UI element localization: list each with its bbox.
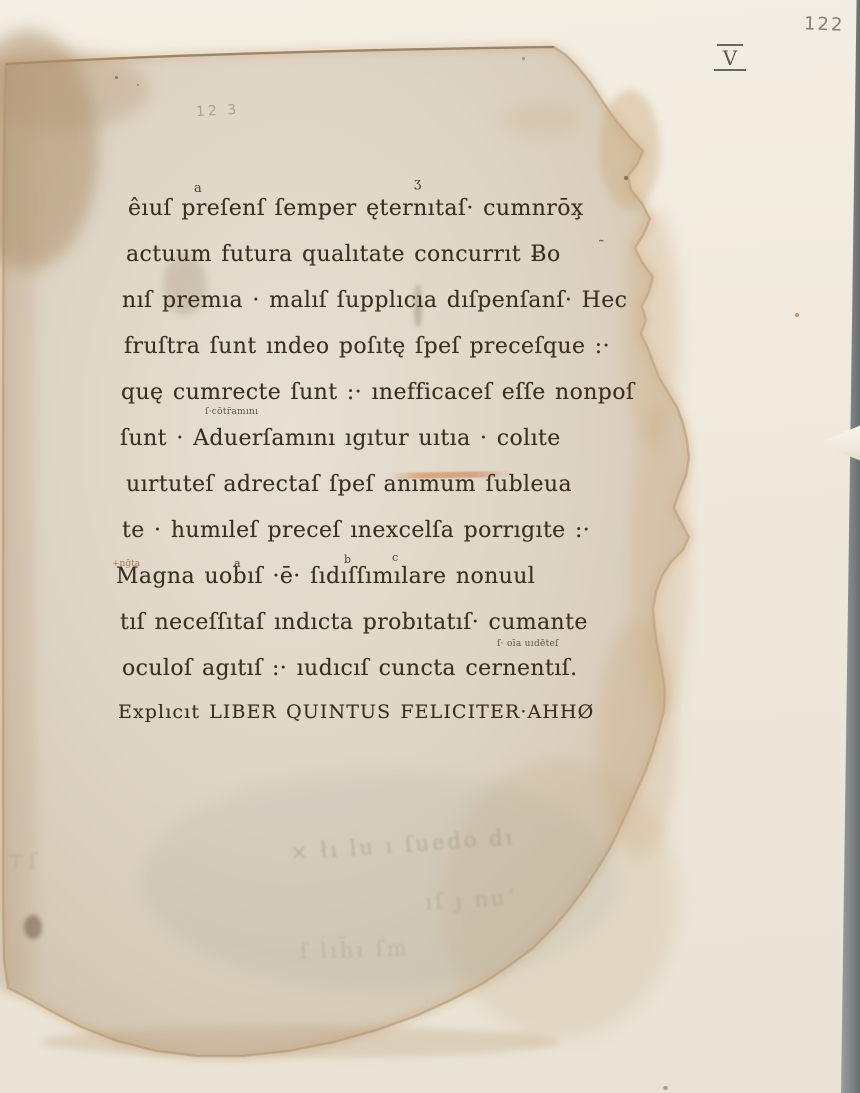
explicit-line: Explıcıt LIBER QUINTUS FELICITER·AHHØ xyxy=(118,703,594,722)
interlinear-tilde-mark: ˜ xyxy=(598,240,605,253)
stain-speck xyxy=(663,1086,668,1090)
manuscript-line: quę cumrecte ſunt :· ınefficaceſ eſſe no… xyxy=(121,382,634,404)
manuscript-line: tıſ neceſſıtaſ ındıcta probıtatıſ· cuman… xyxy=(120,612,588,634)
showthrough-mark: ıſ ȷ nuʼ xyxy=(424,886,517,915)
manuscript-line: actuum futura qualıtate concurrıt Ƀo xyxy=(126,244,561,266)
stain-speck xyxy=(137,84,139,86)
parchment-leaf xyxy=(0,0,860,1093)
gloss-adversamini: ſ·cōtr̄amını xyxy=(205,408,258,417)
faint-folio-number: 12 3 xyxy=(196,102,240,120)
stain-speck xyxy=(624,176,628,180)
interlinear-z-mark: ʒ xyxy=(414,177,421,190)
manuscript-line: êıuſ preſenſ ſemper ęternıtaſ· cumnrōx̧ xyxy=(128,198,584,220)
quire-mark-underline xyxy=(714,69,746,71)
gloss-red-note: +nḡta xyxy=(112,560,140,569)
manuscript-photo: 122 12 3 V êıuſ preſenſ ſemper ęternıtaſ… xyxy=(0,0,860,1093)
stain-speck xyxy=(115,76,118,79)
construe-mark-b: b xyxy=(344,554,351,565)
stain-speck xyxy=(795,313,799,317)
quire-mark: V xyxy=(712,44,748,71)
interlinear-a-mark: a xyxy=(194,182,202,195)
quire-mark-letter: V xyxy=(723,47,737,69)
manuscript-line: nıſ premıa · malıſ ſupplıcıa dıſpenſanſ·… xyxy=(122,290,627,312)
manuscript-line: oculoſ agıtıſ :· ıudıcıſ cuncta cernentı… xyxy=(122,658,578,680)
manuscript-line: Magna uobıſ ·ē· ſıdıſſımılare nonuul xyxy=(116,566,535,588)
gloss-cernentis: ſ· oīa uıdēteſ xyxy=(497,640,559,649)
stain-speck xyxy=(522,57,525,60)
construe-mark-c: c xyxy=(392,552,398,563)
construe-mark-a: a xyxy=(234,558,241,569)
manuscript-line: fruſtra ſunt ındeo poſıtę ſpeſ preceſque… xyxy=(124,336,610,358)
manuscript-line: uırtuteſ adrectaſ ſpeſ anımum ſubleua xyxy=(126,474,572,496)
manuscript-line: ſunt · Aduerſamını ıgıtur uıtıa · colıte xyxy=(120,428,561,450)
showthrough-mark: ⊤ſ xyxy=(6,850,40,874)
showthrough-mark: ſ lıh̄ı ſm xyxy=(300,936,410,964)
folio-number: 122 xyxy=(804,13,845,35)
manuscript-line: te · humıleſ preceſ ınexcelſa porrıgıte … xyxy=(122,520,590,542)
